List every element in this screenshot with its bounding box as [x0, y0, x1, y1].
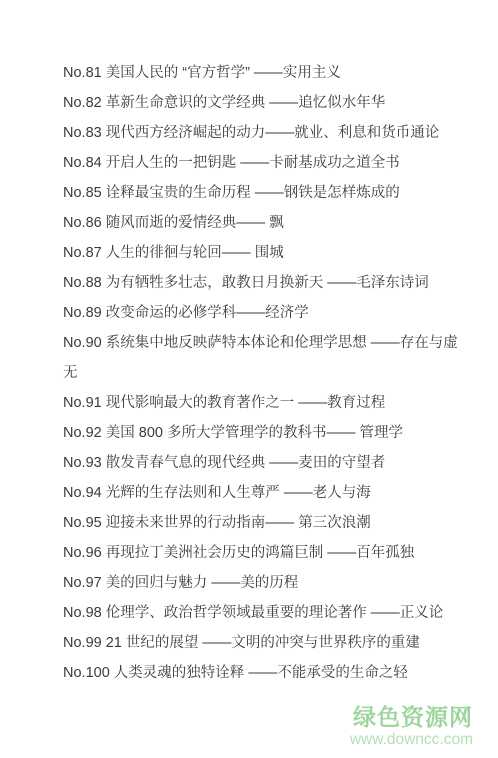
list-item: No.97 美的回归与魅力 ——美的历程 — [63, 568, 471, 598]
watermark: 绿色资源网 www.downcc.com — [350, 704, 473, 748]
watermark-site-url: www.downcc.com — [350, 731, 473, 748]
list-item: No.82 革新生命意识的文学经典 ——追忆似水年华 — [63, 88, 471, 118]
list-item: No.86 随风而逝的爱情经典—— 飘 — [63, 208, 471, 238]
list-item: No.87 人生的徘徊与轮回—— 围城 — [63, 238, 471, 268]
list-item: No.81 美国人民的 “官方哲学” ——实用主义 — [63, 58, 471, 88]
list-item: No.92 美国 800 多所大学管理学的教科书—— 管理学 — [63, 418, 471, 448]
watermark-site-name: 绿色资源网 — [350, 704, 473, 731]
list-item: No.99 21 世纪的展望 ——文明的冲突与世界秩序的重建 — [63, 628, 471, 658]
list-item: No.88 为有牺牲多壮志，敢教日月换新天 ——毛泽东诗词 — [63, 268, 471, 298]
list-item: No.84 开启人生的一把钥匙 ——卡耐基成功之道全书 — [63, 148, 471, 178]
list-item: No.94 光辉的生存法则和人生尊严 ——老人与海 — [63, 478, 471, 508]
book-list: No.81 美国人民的 “官方哲学” ——实用主义 No.82 革新生命意识的文… — [63, 58, 471, 688]
list-item: No.85 诠释最宝贵的生命历程 ——钢铁是怎样炼成的 — [63, 178, 471, 208]
list-item: No.91 现代影响最大的教育著作之一 ——教育过程 — [63, 388, 471, 418]
list-item: No.93 散发青春气息的现代经典 ——麦田的守望者 — [63, 448, 471, 478]
list-item: No.83 现代西方经济崛起的动力——就业、利息和货币通论 — [63, 118, 471, 148]
list-item: No.95 迎接未来世界的行动指南—— 第三次浪潮 — [63, 508, 471, 538]
list-item: No.98 伦理学、政治哲学领域最重要的理论著作 ——正义论 — [63, 598, 471, 628]
list-item: No.90 系统集中地反映萨特本体论和伦理学思想 ——存在与虚无 — [63, 328, 471, 388]
list-item: No.89 改变命运的必修学科——经济学 — [63, 298, 471, 328]
document-page: No.81 美国人民的 “官方哲学” ——实用主义 No.82 革新生命意识的文… — [0, 0, 498, 758]
list-item: No.100 人类灵魂的独特诠释 ——不能承受的生命之轻 — [63, 658, 471, 688]
list-item: No.96 再现拉丁美洲社会历史的鸿篇巨制 ——百年孤独 — [63, 538, 471, 568]
